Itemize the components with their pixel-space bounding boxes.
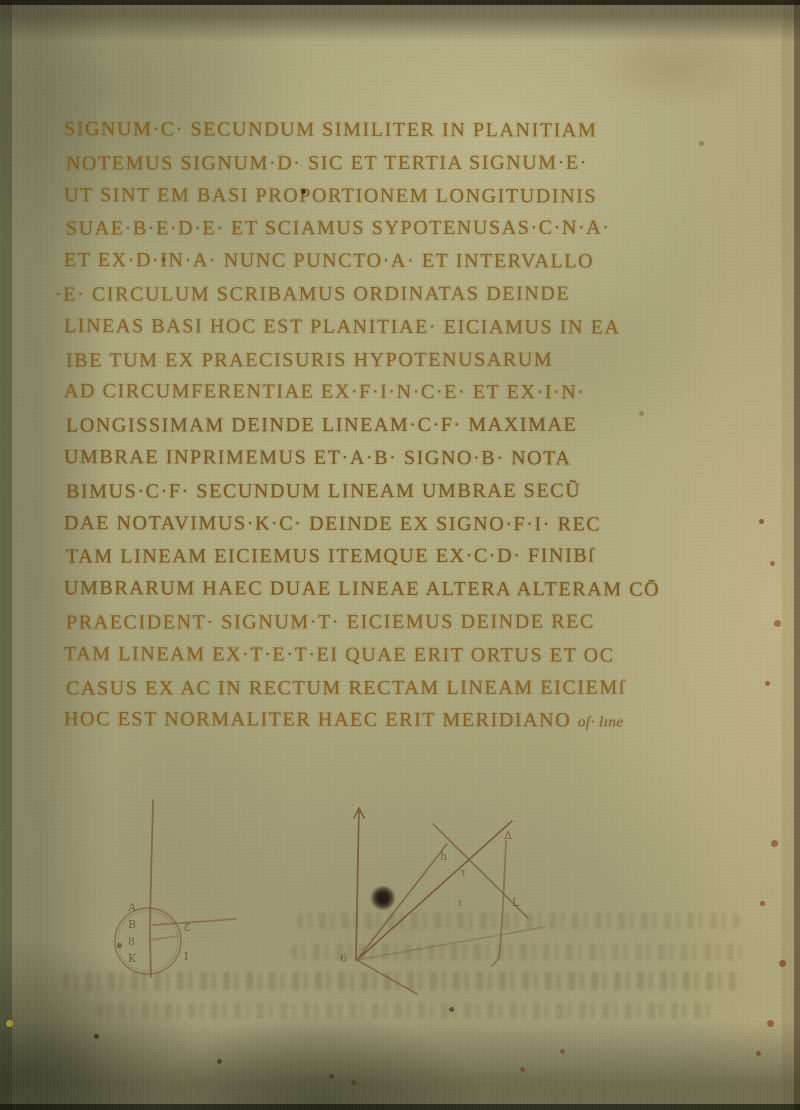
manuscript-line: HOC EST NORMALITER HAEC ERIT MERIDIANO o… bbox=[64, 703, 764, 738]
diagram-label: h bbox=[440, 850, 447, 863]
diagram-label: τ bbox=[460, 866, 466, 879]
manuscript-line: NOTEMUS SIGNUM·D· SIC ET TERTIA SIGNUM·E… bbox=[66, 146, 764, 180]
manuscript-line: TAM LINEAM EICIEMUS ITEMQUE EX·C·D· FINI… bbox=[66, 540, 764, 574]
diagram-label: A bbox=[127, 901, 137, 914]
text-block: SIGNUM·C· SECUNDUM SIMILITER IN PLANITIA… bbox=[64, 114, 764, 737]
cursive-marginal-note: oſ· lıne bbox=[578, 715, 624, 731]
parchment-specks bbox=[0, 0, 3, 3]
diagram-label: 8 bbox=[128, 935, 135, 948]
manuscript-line: CASUS EX AC IN RECTUM RECTAM LINEAM EICI… bbox=[66, 671, 764, 705]
manuscript-line: UMBRAE INPRIMEMUS ET·A·B· SIGNO·B· NOTA bbox=[64, 441, 764, 476]
bleed-through-text-strip bbox=[96, 1003, 714, 1019]
manuscript-line: IBE TUM EX PRAECISURIS HYPOTENUSARUM bbox=[66, 343, 764, 377]
bleed-through-text-strip bbox=[290, 944, 742, 960]
manuscript-line: ·E· CIRCULUM SCRIBAMUS ORDINATAS DEINDE bbox=[55, 277, 764, 311]
manuscript-line: TAM LINEAM EX·T·E·T·EI QUAE ERIT ORTUS E… bbox=[64, 638, 764, 673]
manuscript-line: LONGISSIMAM DEINDE LINEAM·C·F· MAXIMAE bbox=[66, 409, 764, 443]
manuscript-line: BIMUS·C·F· SECUNDUM LINEAM UMBRAE SECŨ bbox=[66, 474, 764, 508]
circle-diagram: A B 8 K Ƹ I bbox=[115, 800, 236, 977]
bleed-through-text-strip bbox=[296, 913, 740, 929]
diagram-label: Δ bbox=[504, 829, 512, 842]
diagram-label: B bbox=[128, 918, 136, 931]
manuscript-line: LINEAS BASI HOC EST PLANITIAE· EICIAMUS … bbox=[64, 310, 764, 345]
diagram-label: L bbox=[512, 896, 520, 909]
diagram-label: ι bbox=[458, 896, 462, 909]
manuscript-line-text: HOC EST NORMALITER HAEC ERIT MERIDIANO bbox=[64, 708, 571, 731]
manuscript-line: DAE NOTAVIMUS·K·C· DEINDE EX SIGNO·F·I· … bbox=[64, 507, 764, 542]
diagram-label: I bbox=[184, 950, 188, 963]
manuscript-line: PRAECIDENT· SIGNUM·T· EICIEMUS DEINDE RE… bbox=[66, 605, 764, 639]
bleed-through-text-strip bbox=[62, 972, 742, 990]
manuscript-line: ET EX·D·IN·A· NUNC PUNCTO·A· ET INTERVAL… bbox=[64, 244, 764, 279]
manuscript-line: AD CIRCUMFERENTIAE EX·F·I·N·C·E· ET EX·I… bbox=[64, 375, 764, 410]
ink-blot bbox=[370, 886, 396, 910]
manuscript-line: SIGNUM·C· SECUNDUM SIMILITER IN PLANITIA… bbox=[64, 113, 764, 148]
manuscript-line: SUAE·B·E·D·E· ET SCIAMUS SYPOTENUSAS·C·N… bbox=[66, 212, 764, 246]
manuscript-line: UT SINT EM BASI PROPORTIONEM LONGITUDINI… bbox=[64, 179, 764, 214]
manuscript-page: SIGNUM·C· SECUNDUM SIMILITER IN PLANITIA… bbox=[0, 0, 800, 1110]
diagram-label: Ƹ bbox=[184, 921, 190, 934]
diagram-label: K bbox=[128, 952, 137, 965]
manuscript-line: UMBRARUM HAEC DUAE LINEAE ALTERA ALTERAM… bbox=[64, 572, 764, 607]
